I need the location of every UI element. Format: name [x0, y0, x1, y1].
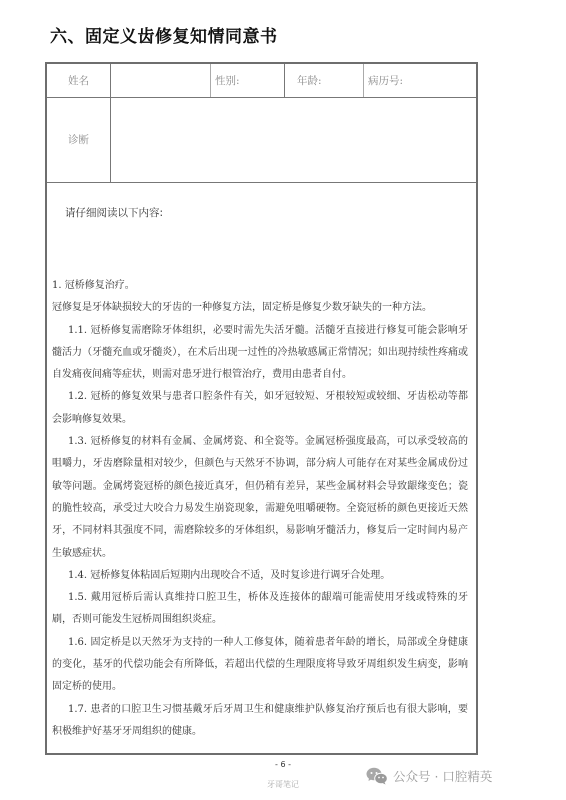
paragraph: 1.6. 固定桥是以天然牙为支持的一种人工修复体，随着患者年龄的增长，局部或全身… — [52, 632, 468, 699]
consent-content: 1. 冠桥修复治疗。 冠修复是牙体缺损较大的牙齿的一种修复方法，固定桥是修复少数… — [52, 275, 468, 743]
paragraph: 1.5. 戴用冠桥后需认真维持口腔卫生，桥体及连接体的龈端可能需使用牙线或特殊的… — [52, 587, 468, 632]
paragraph: 冠修复是牙体缺损较大的牙齿的一种修复方法，固定桥是修复少数牙缺失的一种方法。 — [52, 297, 468, 319]
wechat-icon — [366, 767, 388, 785]
page-title: 六、固定义齿修复知情同意书 — [50, 22, 278, 47]
paragraph: 1.7. 患者的口腔卫生习惯基戴牙后牙周卫生和健康维护队修复治疗预后也有很大影响… — [52, 699, 468, 744]
paragraph: 1.3. 冠桥修复的材料有金属、金属烤瓷、和全瓷等。金属冠桥强度最高，可以承受较… — [52, 431, 468, 565]
read-prompt: 请仔细阅读以下内容: — [65, 205, 163, 220]
wechat-account-label: 公众号 · 口腔精英 — [393, 767, 492, 785]
consent-body: 请仔细阅读以下内容: 1. 冠桥修复治疗。 冠修复是牙体缺损较大的牙齿的一种修复… — [47, 183, 476, 753]
paragraph: 1.4. 冠桥修复体粘固后短期内出现咬合不适，及时复诊进行调牙合处理。 — [52, 565, 468, 587]
section-heading: 1. 冠桥修复治疗。 — [52, 275, 468, 297]
record-number-field[interactable]: 病历号: — [368, 64, 468, 97]
name-field[interactable] — [111, 64, 210, 97]
patient-info-row: 姓名 性别: 年龄: 病历号: — [47, 64, 476, 98]
wechat-watermark: 公众号 · 口腔精英 — [366, 767, 492, 785]
age-field[interactable]: 年龄: — [297, 64, 362, 97]
diagnosis-field[interactable] — [111, 97, 476, 182]
diagnosis-label: 诊断 — [47, 97, 110, 182]
name-label: 姓名 — [47, 64, 110, 97]
paragraph: 1.2. 冠桥的修复效果与患者口腔条件有关，如牙冠较短、牙根较短或较细、牙齿松动… — [52, 386, 468, 431]
divider — [363, 64, 364, 97]
paragraph: 1.1. 冠桥修复需磨除牙体组织，必要时需先失活牙髓。活髓牙直接进行修复可能会影… — [52, 320, 468, 387]
divider — [210, 64, 211, 97]
diagnosis-row: 诊断 — [47, 97, 476, 183]
consent-form-table: 姓名 性别: 年龄: 病历号: 诊断 请仔细阅读以下内容: 1. 冠桥修复治疗。… — [45, 62, 478, 755]
gender-field[interactable]: 性别: — [215, 64, 285, 97]
divider — [284, 64, 285, 97]
